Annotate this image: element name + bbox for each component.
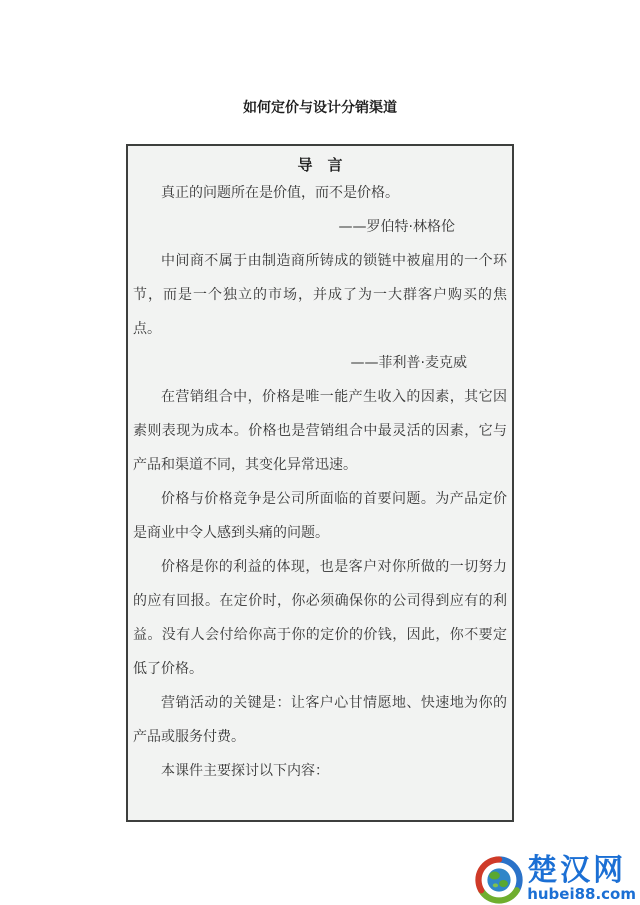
body-paragraph: 价格与价格竞争是公司所面临的首要问题。为产品定价是商业中令人感到头痛的问题。 <box>133 482 507 550</box>
intro-panel: 导 言 真正的问题所在是价值，而不是价格。 ——罗伯特·林格伦 中间商不属于由制… <box>126 144 514 822</box>
body-paragraph: 营销活动的关键是：让客户心甘情愿地、快速地为你的产品或服务付费。 <box>133 686 507 754</box>
body-paragraph: 价格是你的利益的体现，也是客户对你所做的一切努力的应有回报。在定价时，你必须确保… <box>133 550 507 686</box>
logo-text: 楚汉网 hubei88.com <box>527 856 636 903</box>
panel-heading: 导 言 <box>133 152 507 176</box>
document-page: 如何定价与设计分销渠道 导 言 真正的问题所在是价值，而不是价格。 ——罗伯特·… <box>0 0 640 822</box>
quote-2-attribution: ——菲利普·麦克威 <box>133 346 507 380</box>
site-logo-watermark: 楚汉网 hubei88.com <box>474 855 636 905</box>
quote-1-attribution: ——罗伯特·林格伦 <box>133 210 507 244</box>
page-title: 如何定价与设计分销渠道 <box>0 0 640 117</box>
body-paragraph: 本课件主要探讨以下内容： <box>133 754 507 788</box>
site-name: 楚汉网 <box>527 856 626 886</box>
site-url: hubei88.com <box>527 886 636 903</box>
body-paragraph: 在营销组合中，价格是唯一能产生收入的因素，其它因素则表现为成本。价格也是营销组合… <box>133 380 507 482</box>
quote-1-text: 真正的问题所在是价值，而不是价格。 <box>133 176 507 210</box>
quote-2-text: 中间商不属于由制造商所铸成的锁链中被雇用的一个环节，而是一个独立的市场，并成了为… <box>133 244 507 346</box>
swirl-globe-icon <box>474 855 524 905</box>
